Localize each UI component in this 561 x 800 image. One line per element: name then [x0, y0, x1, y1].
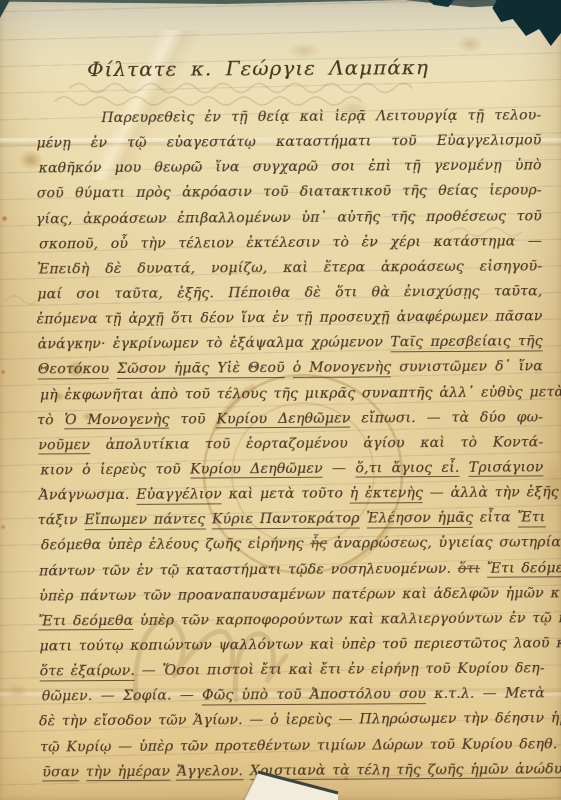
manuscript-line: τῷ Κυρίῳ — ὑπὲρ τῶν προτεθέντων τιμίων Δ…: [40, 732, 545, 760]
manuscript-line: νοῦμεν ἀπολυτίκια τοῦ ἑορταζομένου ἁγίου…: [38, 430, 543, 458]
manuscript-line: σοῦ θύματι πρὸς ἀκρόασιν τοῦ διατακτικοῦ…: [37, 179, 542, 207]
manuscript-line: πάντων τῶν ἐν τῷ καταστήματι τῷδε νοσηλε…: [39, 556, 544, 584]
manuscript-line: Ἀνάγνωσμα. Εὐαγγέλιον καὶ μετὰ τοῦτο ἡ ἐ…: [39, 481, 544, 509]
manuscript-line: γίας, ἀκροάσεων ἐπιβαλλομένων ὑπ᾽ αὐτῆς …: [36, 204, 542, 232]
manuscript-lines: Παρευρεθεὶς ἐν τῇ θείᾳ καὶ ἱερᾷ Λειτουργ…: [36, 103, 545, 785]
manuscript-line: καθῆκόν μου θεωρῶ ἵνα συγχαρῶ σοι ἐπὶ τῇ…: [39, 154, 542, 182]
manuscript-line: σκοποῦ, οὗ τὴν τέλειον ἐκτέλεσιν τὸ ἐν χ…: [39, 229, 542, 257]
manuscript-line: μαί σοι ταῦτα, ἑξῆς. Πέποιθα δὲ ὅτι θὰ ἐ…: [37, 279, 542, 307]
manuscript-line: Θεοτόκου Σῶσον ἡμᾶς Υἱὲ Θεοῦ ὁ Μονογενὴς…: [38, 355, 543, 383]
manuscript-line: μὴ ἐκφωνῆται ἀπὸ τοῦ τέλους τῆς μικρᾶς σ…: [40, 380, 543, 408]
manuscript-line: ματι τούτῳ κοπιώντων ψαλλόντων καὶ ὑπὲρ …: [39, 631, 544, 659]
manuscript-line: Ἐπειδὴ δὲ δυνατά, νομίζω, καὶ ἕτερα ἀκρο…: [37, 254, 542, 282]
scanned-letter-photo: Φίλτατε κ. Γεώργιε Λαμπάκη Παρευρεθεὶς ἐ…: [0, 0, 561, 800]
manuscript-line: μένῃ ἐν τῷ εὐαγεστάτῳ καταστήματι τοῦ Εὐ…: [36, 129, 541, 157]
manuscript-line: ἑπόμενα τῇ ἀρχῇ ὅτι δέον ἵνα ἐν τῇ προσε…: [36, 305, 542, 333]
manuscript-line: ὅτε ἐξαίρων. — Ὅσοι πιστοὶ ἔτι καὶ ἔτι ἐ…: [40, 656, 545, 684]
manuscript-line: τάξιν Εἴπωμεν πάντες Κύριε Παντοκράτορ Ἐ…: [38, 506, 544, 534]
manuscript-line: δεόμεθα ὑπὲρ ἐλέους ζωῆς εἰρήνης ἧς ἀναρ…: [41, 531, 544, 559]
manuscript-text: Φίλτατε κ. Γεώργιε Λαμπάκη Παρευρεθεὶς ἐ…: [0, 0, 561, 800]
letter-salutation: Φίλτατε κ. Γεώργιε Λαμπάκη: [38, 55, 478, 82]
manuscript-line: ὑπὲρ πάντων τῶν προαναπαυσαμένων πατέρων…: [39, 581, 544, 609]
manuscript-line: Ἔτι δεόμεθα ὑπὲρ τῶν καρποφορούντων καὶ …: [38, 606, 544, 634]
manuscript-line: Παρευρεθεὶς ἐν τῇ θείᾳ καὶ ἱερᾷ Λειτουργ…: [35, 103, 541, 131]
manuscript-line: δὲ τὴν εἴσοδον τῶν Ἁγίων. — ὁ ἱερεὺς — Π…: [39, 707, 545, 735]
manuscript-line: ἀνάγκην· ἐγκρίνωμεν τὸ ἑξάψαλμα χρώμενον…: [38, 330, 543, 358]
manuscript-line: ῦσαν τὴν ἡμέραν Ἄγγελον. Χριστιανὰ τὰ τέ…: [42, 757, 545, 785]
manuscript-line: θῶμεν. — Σοφία. — Φῶς ὑπὸ τοῦ Ἀποστόλου …: [42, 682, 545, 710]
manuscript-line: κιον ὁ ἱερεὺς τοῦ Κυρίου Δεηθῶμεν — ὅ,τι…: [40, 455, 543, 483]
manuscript-line: τὸ Ὁ Μονογενὴς τοῦ Κυρίου Δεηθῶμεν εἴπωσ…: [37, 405, 543, 433]
